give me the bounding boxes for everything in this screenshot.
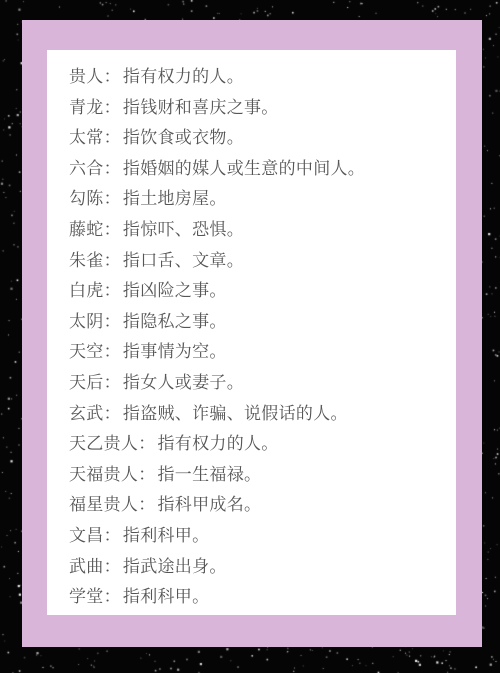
term-label: 藤蛇： [69,220,121,239]
term-label: 太阴： [69,312,121,331]
term-label: 天后： [69,373,121,392]
term-label: 青龙： [69,98,121,117]
list-item: 福星贵人：指科甲成名。 [69,490,442,521]
term-label: 六合： [69,159,121,178]
definition-text: 指饮食或衣物。 [123,128,244,147]
term-label: 福星贵人： [69,495,156,514]
list-item: 六合：指婚姻的媒人或生意的中间人。 [69,154,442,185]
definition-text: 指隐私之事。 [123,312,227,331]
term-label: 武曲： [69,557,121,576]
list-item: 藤蛇：指惊吓、恐惧。 [69,215,442,246]
definition-text: 指一生福禄。 [158,465,262,484]
term-label: 朱雀： [69,251,121,270]
list-item: 太常：指饮食或衣物。 [69,123,442,154]
definition-text: 指凶险之事。 [123,281,227,300]
list-item: 朱雀：指口舌、文章。 [69,246,442,277]
term-label: 文昌： [69,526,121,545]
term-label: 学堂： [69,587,121,606]
list-item: 贵人：指有权力的人。 [69,62,442,93]
list-item: 玄武：指盗贼、诈骗、说假话的人。 [69,399,442,430]
definition-text: 指钱财和喜庆之事。 [123,98,279,117]
definition-text: 指有权力的人。 [158,434,279,453]
definition-text: 指土地房屋。 [123,189,227,208]
list-item: 天后：指女人或妻子。 [69,368,442,399]
term-label: 勾陈： [69,189,121,208]
definition-text: 指有权力的人。 [123,67,244,86]
definition-text: 指利科甲。 [123,526,210,545]
list-item: 文昌：指利科甲。 [69,521,442,552]
term-label: 白虎： [69,281,121,300]
list-item: 白虎：指凶险之事。 [69,276,442,307]
list-item: 天福贵人：指一生福禄。 [69,460,442,491]
definition-text: 指盗贼、诈骗、说假话的人。 [123,404,348,423]
list-item: 天空：指事情为空。 [69,337,442,368]
definition-text: 指利科甲。 [123,587,210,606]
starry-background-stage: 贵人：指有权力的人。青龙：指钱财和喜庆之事。太常：指饮食或衣物。六合：指婚姻的媒… [0,0,500,673]
pink-border-frame: 贵人：指有权力的人。青龙：指钱财和喜庆之事。太常：指饮食或衣物。六合：指婚姻的媒… [22,20,482,647]
list-item: 勾陈：指土地房屋。 [69,184,442,215]
term-label: 玄武： [69,404,121,423]
term-label: 贵人： [69,67,121,86]
definition-text: 指婚姻的媒人或生意的中间人。 [123,159,365,178]
glossary-card: 贵人：指有权力的人。青龙：指钱财和喜庆之事。太常：指饮食或衣物。六合：指婚姻的媒… [47,50,456,615]
definition-text: 指事情为空。 [123,342,227,361]
definition-text: 指女人或妻子。 [123,373,244,392]
definition-text: 指科甲成名。 [158,495,262,514]
list-item: 学堂：指利科甲。 [69,582,442,613]
definition-text: 指口舌、文章。 [123,251,244,270]
list-item: 太阴：指隐私之事。 [69,307,442,338]
term-label: 太常： [69,128,121,147]
glossary-list: 贵人：指有权力的人。青龙：指钱财和喜庆之事。太常：指饮食或衣物。六合：指婚姻的媒… [69,62,442,613]
definition-text: 指惊吓、恐惧。 [123,220,244,239]
list-item: 天乙贵人：指有权力的人。 [69,429,442,460]
list-item: 武曲：指武途出身。 [69,552,442,583]
term-label: 天乙贵人： [69,434,156,453]
term-label: 天空： [69,342,121,361]
term-label: 天福贵人： [69,465,156,484]
list-item: 青龙：指钱财和喜庆之事。 [69,93,442,124]
definition-text: 指武途出身。 [123,557,227,576]
